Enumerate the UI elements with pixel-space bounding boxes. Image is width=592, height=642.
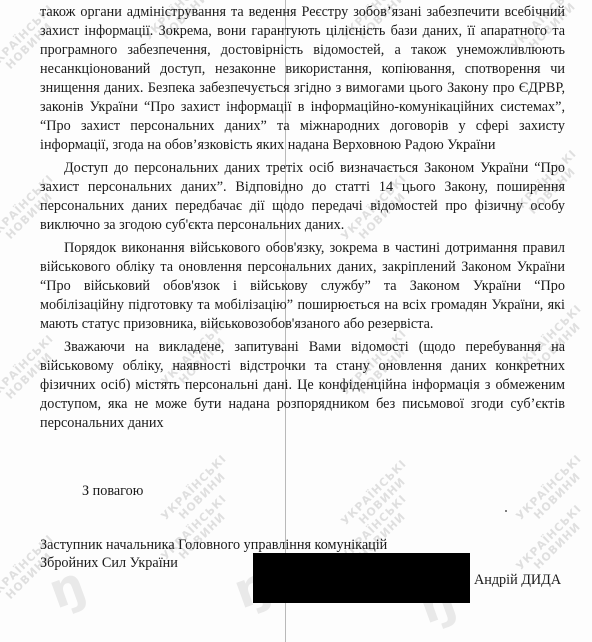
paragraph-personal-data-access: Доступ до персональних даних третіх осіб… <box>40 159 565 235</box>
paragraph-data-protection: також органи адміністрування та ведення … <box>40 3 565 155</box>
signer-name: Андрій ДИДА <box>474 572 561 589</box>
signer-title-line1: Заступник начальника Головного управлінн… <box>40 536 387 554</box>
document-page: УКРАЇНСЬКІНОВИНИ УКРАЇНСЬКІНОВИНИ УКРАЇН… <box>0 0 592 642</box>
signature-redaction-block <box>253 553 470 603</box>
stray-mark <box>505 510 507 512</box>
paragraph-military-duty: Порядок виконання військового обов'язку,… <box>40 239 565 334</box>
closing-salutation: З повагою <box>82 483 143 500</box>
paragraph-conclusion: Зважаючи на викладене, запитувані Вами в… <box>40 338 565 433</box>
letter-body: також органи адміністрування та ведення … <box>40 3 565 433</box>
watermark: УКРАЇНСЬКІНОВИНИ <box>514 503 592 581</box>
watermark: УКРАЇНСЬКІНОВИНИ <box>514 453 592 531</box>
watermark: УКРАЇНСЬКІНОВИНИ <box>339 458 417 536</box>
watermark: УКРАЇНСЬКІНОВИНИ <box>159 453 237 531</box>
